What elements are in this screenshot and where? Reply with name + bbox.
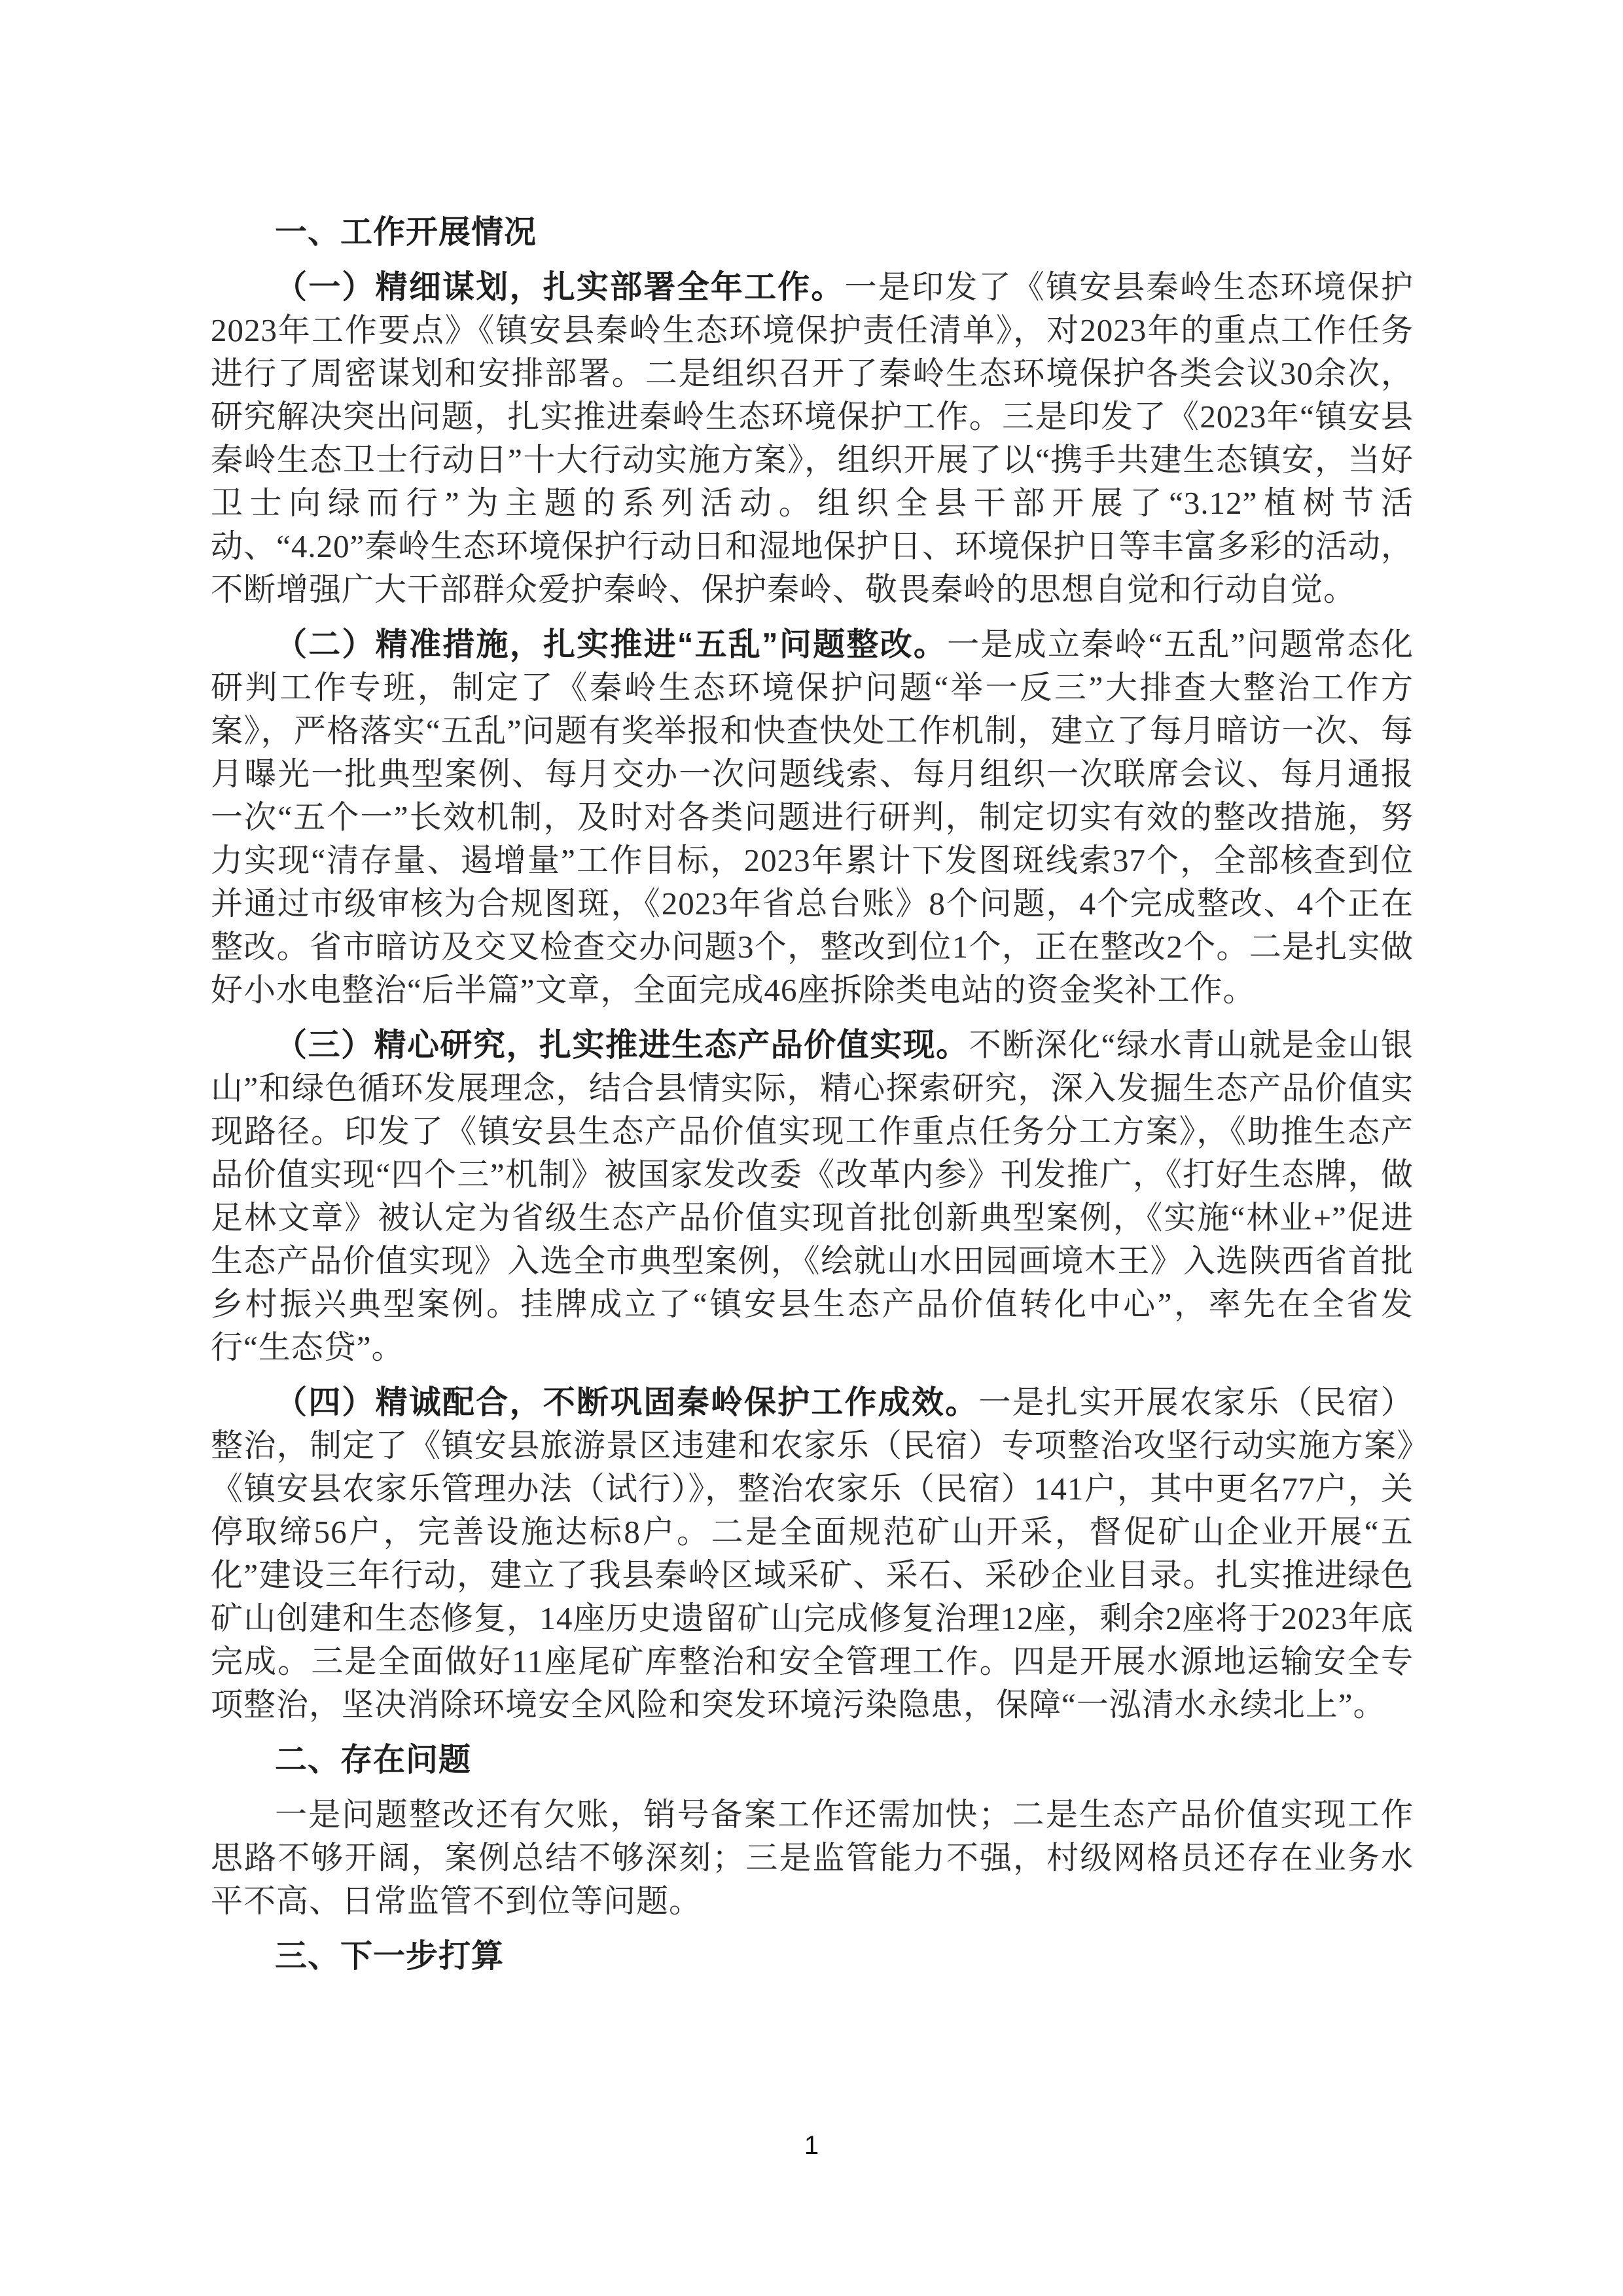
paragraph-3: （三）精心研究，扎实推进生态产品价值实现。不断深化“绿水青山就是金山银山”和绿色… [211,1024,1414,1369]
paragraph-5: 一是问题整改还有欠账，销号备案工作还需加快；二是生态产品价值实现工作思路不够开阔… [211,1793,1414,1923]
paragraph-3-lead: （三）精心研究，扎实推进生态产品价值实现。 [275,1028,969,1063]
document-body: 一、工作开展情况 （一）精细谋划，扎实部署全年工作。一是印发了《镇安县秦岭生态环… [211,211,1414,1990]
paragraph-4: （四）精诚配合，不断巩固秦岭保护工作成效。一是扎实开展农家乐（民宿）整治，制定了… [211,1381,1414,1727]
paragraph-1-text: 一是印发了《镇安县秦岭生态环境保护2023年工作要点》《镇安县秦岭生态环境保护责… [211,269,1414,607]
paragraph-3-text: 不断深化“绿水青山就是金山银山”和绿色循环发展理念，结合县情实际，精心探索研究，… [211,1027,1414,1365]
document-page: 一、工作开展情况 （一）精细谋划，扎实部署全年工作。一是印发了《镇安县秦岭生态环… [0,0,1623,2296]
section-heading-1: 一、工作开展情况 [211,211,1414,254]
paragraph-1: （一）精细谋划，扎实部署全年工作。一是印发了《镇安县秦岭生态环境保护2023年工… [211,266,1414,611]
paragraph-5-text: 一是问题整改还有欠账，销号备案工作还需加快；二是生态产品价值实现工作思路不够开阔… [211,1797,1414,1919]
section-heading-2: 二、存在问题 [211,1738,1414,1782]
paragraph-4-lead: （四）精诚配合，不断巩固秦岭保护工作成效。 [275,1385,978,1420]
section-heading-3: 三、下一步打算 [211,1935,1414,1978]
paragraph-2: （二）精准措施，扎实推进“五乱”问题整改。一是成立秦岭“五乱”问题常态化研判工作… [211,623,1414,1012]
paragraph-2-text: 一是成立秦岭“五乱”问题常态化研判工作专班，制定了《秦岭生态环境保护问题“举一反… [211,626,1414,1008]
paragraph-2-lead: （二）精准措施，扎实推进“五乱”问题整改。 [275,627,947,662]
paragraph-4-text: 一是扎实开展农家乐（民宿）整治，制定了《镇安县旅游景区违建和农家乐（民宿）专项整… [211,1384,1414,1723]
paragraph-1-lead: （一）精细谋划，扎实部署全年工作。 [275,270,845,305]
page-number: 1 [0,2131,1623,2160]
